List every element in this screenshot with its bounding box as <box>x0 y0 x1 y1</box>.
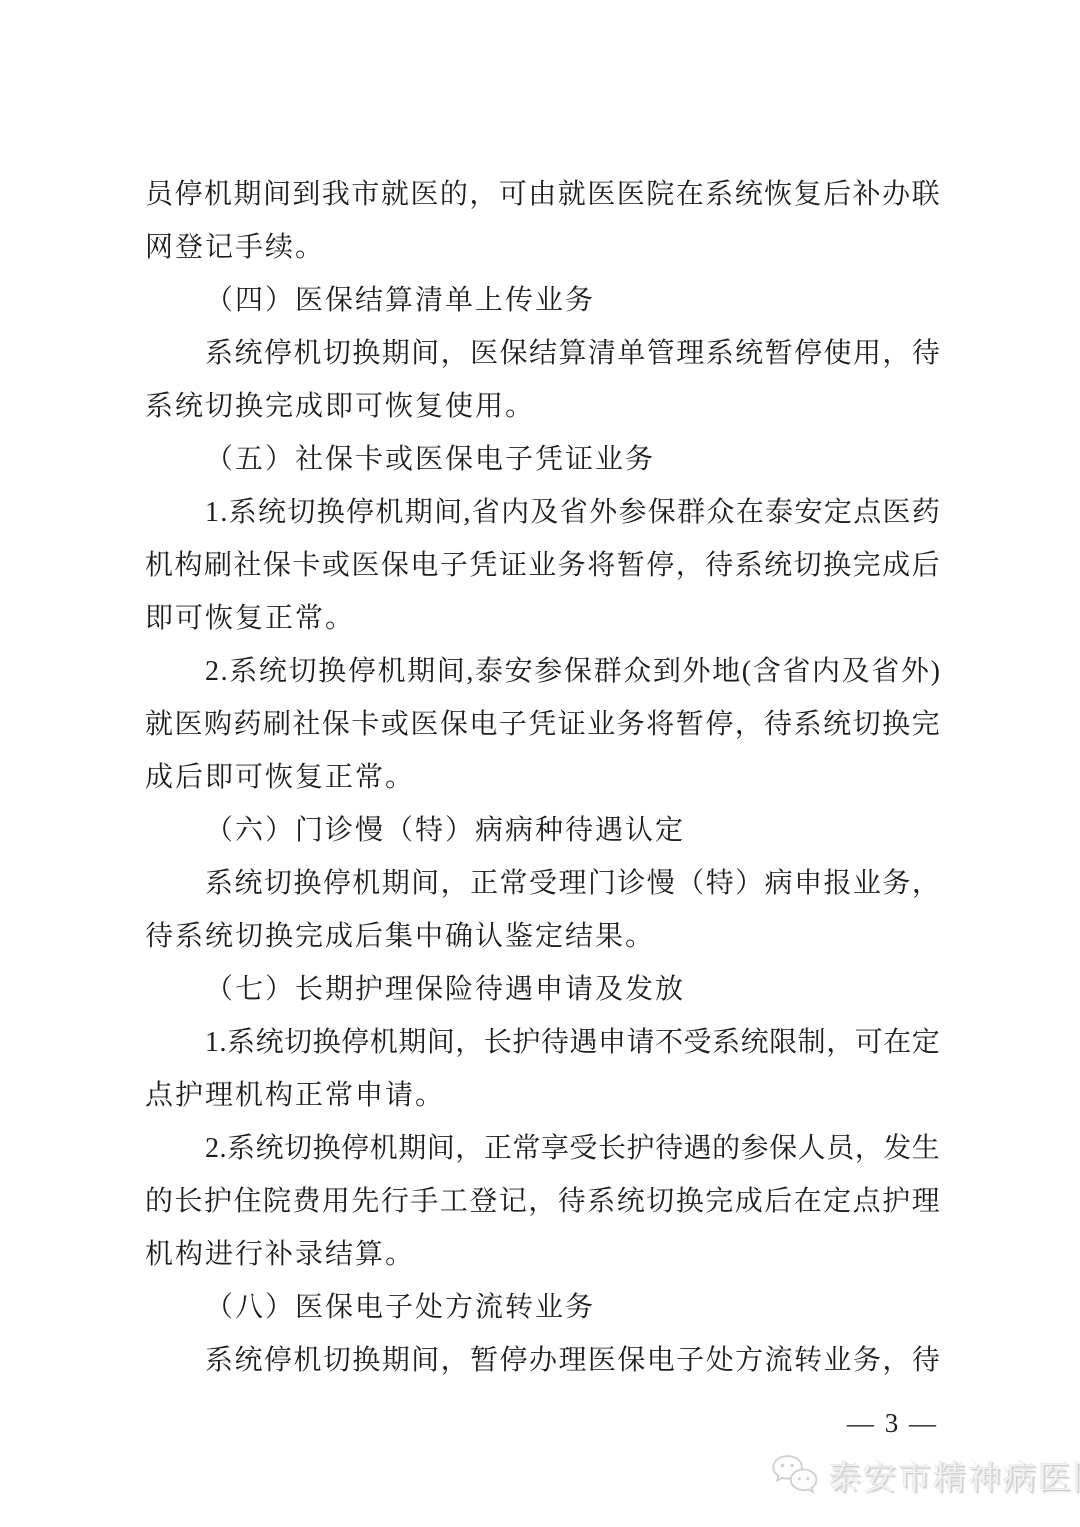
heading-line: （五）社保卡或医保电子凭证业务 <box>145 433 940 486</box>
text-line: 1.系统切换停机期间，长护待遇申请不受系统限制，可在定 <box>145 1016 940 1069</box>
page-number: — 3 — <box>847 1408 938 1439</box>
text-line: 2.系统切换停机期间，正常享受长护待遇的参保人员，发生 <box>145 1122 940 1175</box>
text-line: 的长护住院费用先行手工登记，待系统切换完成后在定点护理 <box>145 1175 940 1228</box>
document-page: 员停机期间到我市就医的，可由就医医院在系统恢复后补办联网登记手续。（四）医保结算… <box>0 0 1080 1527</box>
text-line: 机构刷社保卡或医保电子凭证业务将暂停，待系统切换完成后 <box>145 539 940 592</box>
text-line: 机构进行补录结算。 <box>145 1228 940 1281</box>
heading-line: （四）医保结算清单上传业务 <box>145 274 940 327</box>
text-line: 点护理机构正常申请。 <box>145 1069 940 1122</box>
text-line: 系统停机切换期间，医保结算清单管理系统暂停使用，待 <box>145 327 940 380</box>
watermark: 泰安市精神病医院 <box>770 1452 1080 1499</box>
text-line: 网登记手续。 <box>145 221 940 274</box>
text-line: 系统停机切换期间，暂停办理医保电子处方流转业务，待 <box>145 1334 940 1387</box>
document-body: 员停机期间到我市就医的，可由就医医院在系统恢复后补办联网登记手续。（四）医保结算… <box>145 168 940 1387</box>
text-line: 1.系统切换停机期间,省内及省外参保群众在泰安定点医药 <box>145 486 940 539</box>
heading-line: （七）长期护理保险待遇申请及发放 <box>145 963 940 1016</box>
text-line: 成后即可恢复正常。 <box>145 751 940 804</box>
wechat-icon <box>770 1453 822 1499</box>
heading-line: （八）医保电子处方流转业务 <box>145 1281 940 1334</box>
text-line: 2.系统切换停机期间,泰安参保群众到外地(含省内及省外) <box>145 645 940 698</box>
text-line: 员停机期间到我市就医的，可由就医医院在系统恢复后补办联 <box>145 168 940 221</box>
text-line: 就医购药刷社保卡或医保电子凭证业务将暂停，待系统切换完 <box>145 698 940 751</box>
watermark-label: 泰安市精神病医院 <box>828 1452 1080 1499</box>
text-line: 系统切换完成即可恢复使用。 <box>145 380 940 433</box>
heading-line: （六）门诊慢（特）病病种待遇认定 <box>145 804 940 857</box>
text-line: 系统切换停机期间，正常受理门诊慢（特）病申报业务， <box>145 857 940 910</box>
text-line: 即可恢复正常。 <box>145 592 940 645</box>
text-line: 待系统切换完成后集中确认鉴定结果。 <box>145 910 940 963</box>
